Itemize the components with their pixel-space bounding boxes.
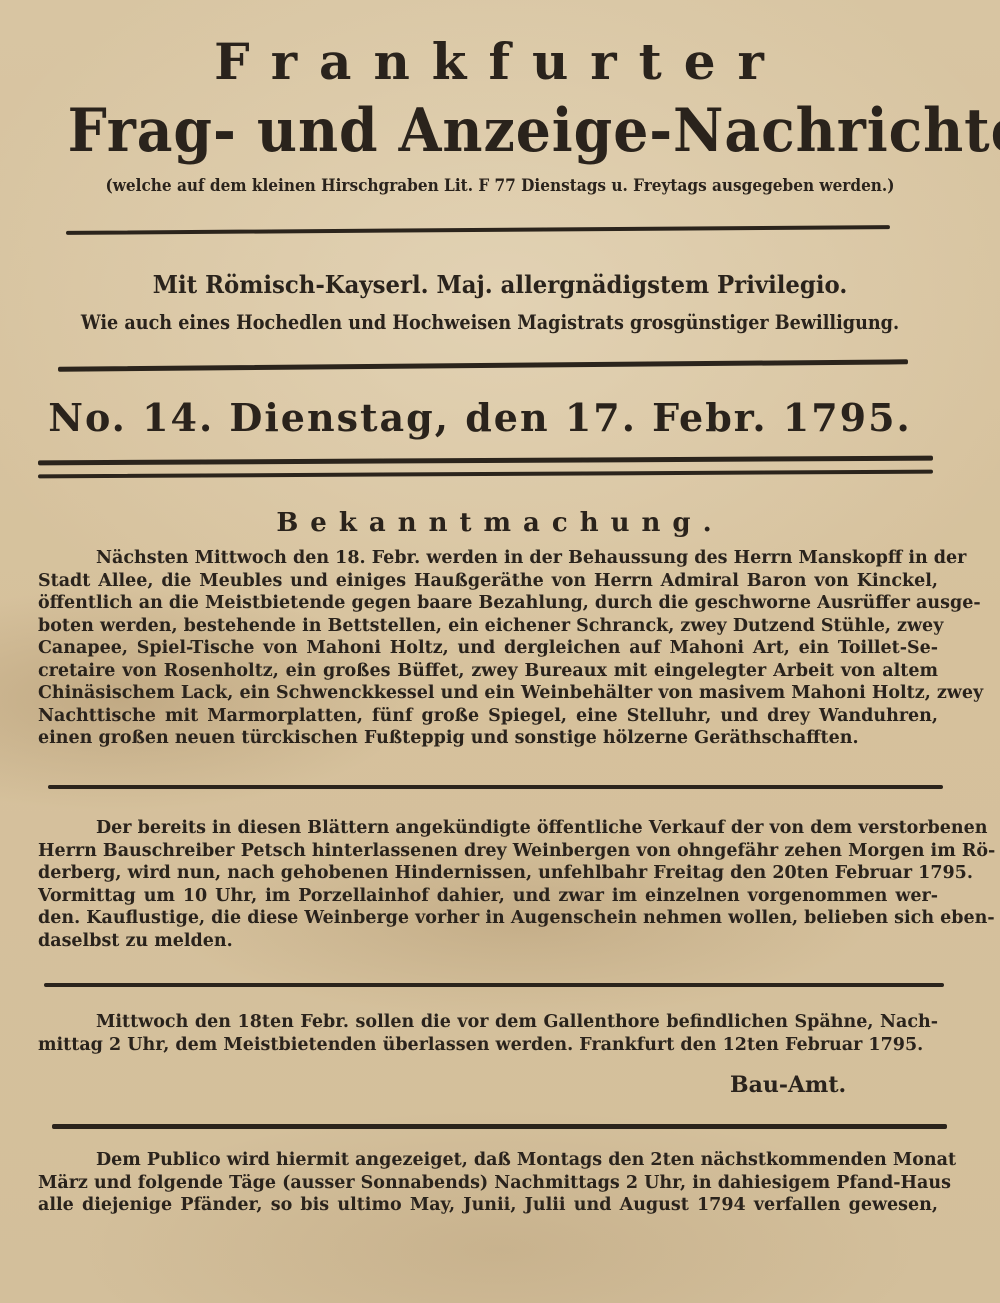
- text-line: Canapee, Spiel-Tische von Mahoni Holtz, …: [38, 637, 938, 660]
- text-line: boten werden, bestehende in Bettstellen,…: [38, 615, 938, 638]
- double-rule-bottom: [38, 470, 933, 479]
- text-line: Herrn Bauschreiber Petsch hinterlassenen…: [38, 840, 938, 863]
- text-line: Stadt Allee, die Meubles und einiges Hau…: [38, 570, 938, 593]
- text-line: öffentlich an die Meistbietende gegen ba…: [38, 592, 938, 615]
- divider-rule: [58, 359, 908, 371]
- text-line: Mittwoch den 18ten Febr. sollen die vor …: [38, 1011, 938, 1034]
- text-line: Dem Publico wird hiermit angezeiget, daß…: [38, 1149, 938, 1172]
- privilege-line-1: Mit Römisch-Kayserl. Maj. allergnädigste…: [25, 270, 975, 299]
- announcement-vineyard-sale: Der bereits in diesen Blättern angekündi…: [38, 817, 938, 952]
- divider-rule: [66, 225, 890, 235]
- privilege-line-2: Wie auch eines Hochedlen und Hochweisen …: [76, 310, 903, 334]
- text-line: den. Kauflustige, die diese Weinberge vo…: [38, 907, 938, 930]
- announcement-pawn-office: Dem Publico wird hiermit angezeiget, daß…: [38, 1149, 938, 1217]
- masthead-subtitle: (welche auf dem kleinen Hirschgraben Lit…: [68, 176, 932, 196]
- masthead-title: Frag- und Anzeige-Nachrichten: [68, 96, 933, 166]
- divider-rule: [52, 1124, 947, 1129]
- text-line: daselbst zu melden.: [38, 930, 938, 953]
- announcement-estate-auction: Nächsten Mittwoch den 18. Febr. werden i…: [38, 547, 938, 750]
- text-line: cretaire von Rosenholtz, ein großes Büff…: [38, 660, 938, 683]
- issue-date: Dienstag, den 17. Febr. 1795.: [229, 395, 911, 440]
- text-line: einen großen neuen türckischen Fußteppig…: [38, 727, 938, 750]
- double-rule-top: [38, 456, 933, 466]
- masthead-top-word: Frankfurter: [0, 32, 1000, 91]
- text-line: mittag 2 Uhr, dem Meistbietenden überlas…: [38, 1034, 938, 1057]
- issue-line: No. 14. Dienstag, den 17. Febr. 1795.: [0, 395, 960, 440]
- text-line: Vormittag um 10 Uhr, im Porzellainhof da…: [38, 885, 938, 908]
- text-line: Chinäsischem Lack, ein Schwenckkessel un…: [38, 682, 938, 705]
- announcement-wood-chips: Mittwoch den 18ten Febr. sollen die vor …: [38, 1011, 938, 1056]
- newspaper-page: Frankfurter Frag- und Anzeige-Nachrichte…: [0, 0, 1000, 1303]
- issue-number: No. 14.: [48, 395, 214, 440]
- text-line: Nächsten Mittwoch den 18. Febr. werden i…: [38, 547, 938, 570]
- text-line: Der bereits in diesen Blättern angekündi…: [38, 817, 938, 840]
- text-line: derberg, wird nun, nach gehobenen Hinder…: [38, 862, 938, 885]
- divider-rule: [44, 983, 944, 987]
- text-line: März und folgende Täge (ausser Sonnabend…: [38, 1172, 938, 1195]
- signature-bau-amt: Bau-Amt.: [730, 1072, 846, 1098]
- text-line: alle diejenige Pfänder, so bis ultimo Ma…: [38, 1194, 938, 1217]
- divider-rule: [48, 785, 943, 789]
- section-title: Bekanntmachung.: [0, 508, 1000, 538]
- text-line: Nachttische mit Marmorplatten, fünf groß…: [38, 705, 938, 728]
